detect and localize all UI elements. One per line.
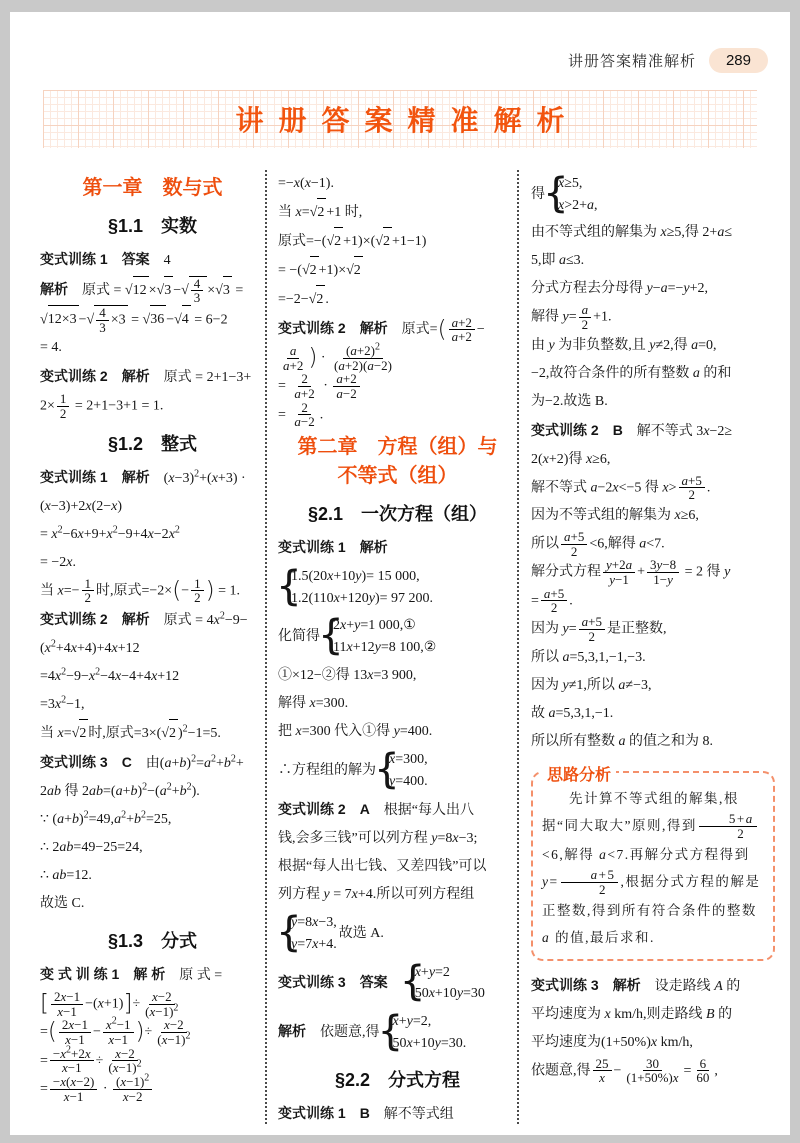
- page-title: 讲册答案精准解析: [220, 99, 579, 139]
- text-line: =−x(x−2)x−1 · (x−1)2x−2: [40, 1075, 265, 1103]
- text-line: =−x2+2xx−1÷x−2(x−1)2: [40, 1047, 265, 1075]
- text-line: 化简得2x+y=1 000,①11x+12y=8 100,②: [278, 612, 517, 661]
- text-line: ∴ 2ab=49−25=24,: [40, 834, 265, 862]
- text-line: 故 a=5,3,1,−1.: [531, 700, 777, 728]
- section-heading: §1.2 整式: [40, 430, 265, 456]
- page-number-badge: 289: [709, 48, 768, 73]
- text-line: 故选 C.: [40, 890, 265, 918]
- text-line: 变式训练 2 解析 原式 = 4x2−9−: [40, 605, 265, 635]
- text-line: 变式训练 1 B 解不等式组: [278, 1099, 517, 1124]
- text-line: = x2−6x+9+x2−9+4x−2x2: [40, 521, 265, 549]
- analysis-box: 思路分析先计算不等式组的解集,根据“同大取大”原则,得到5+a2<6,解得 a<…: [531, 771, 775, 961]
- text-line: 所以所有整数 a 的值之和为 8.: [531, 728, 777, 756]
- text-line: 2×12 = 2+1−3+1 = 1.: [40, 392, 265, 420]
- text-line: 变式训练 3 C 由(a+b)2=a2+b2+: [40, 748, 265, 778]
- text-line: 列方程 y = 7x+4.所以可列方程组: [278, 881, 517, 909]
- text-line: aa+2) · (a+2)2(a+2)(a−2): [278, 344, 517, 372]
- text-line: 因为 y=a+52是正整数,: [531, 615, 777, 643]
- text-line: y=8x−3,y=7x+4.故选 A.: [278, 909, 517, 958]
- text-line: 因为不等式组的解集为 x≥6,: [531, 502, 777, 530]
- text-line: 所以a+52<6,解得 a<7.: [531, 530, 777, 558]
- text-line: −2,故符合条件的所有整数 a 的和: [531, 360, 777, 388]
- text-line: 依题意,得25x−30(1+50%)x=660,: [531, 1057, 777, 1085]
- text-line: 变式训练 2 解析 原式=(a+2a+2−: [278, 314, 517, 344]
- text-line: =a+52.: [531, 587, 777, 615]
- text-line: 分式方程去分母得 y−a=−y+2,: [531, 275, 777, 303]
- text-line: =−x(x−1).: [278, 170, 517, 198]
- text-line: 5,即 a≤3.: [531, 247, 777, 275]
- text-line: =−2−√2.: [278, 285, 517, 314]
- running-header: 讲册答案精准解析 289: [568, 48, 768, 73]
- text-line: 解析 依题意,得x+y=2,50x+10y=30.: [278, 1008, 517, 1057]
- content-columns: 第一章 数与式§1.1 实数变式训练 1 答案 4解析 原式 = √12×√3−…: [40, 170, 777, 1124]
- text-line: 解得 x=300.: [278, 690, 517, 718]
- text-line: 由 y 为非负整数,且 y≠2,得 a=0,: [531, 332, 777, 360]
- text-line: 变式训练 1 答案 4: [40, 245, 265, 275]
- text-line: ①×12−②得 13x=3 900,: [278, 662, 517, 690]
- text-line: 钱,会多三钱”可以列方程 y=8x−3;: [278, 825, 517, 853]
- text-line: =(2x−1x−1−x2−1x−1)÷x−2(x−1)2: [40, 1018, 265, 1046]
- section-heading: §1.1 实数: [40, 212, 265, 238]
- text-line: = 2a−2.: [278, 401, 517, 429]
- text-line: 得x≥5,x>2+a,: [531, 170, 777, 219]
- text-line: 2(x+2)得 x≥6,: [531, 446, 777, 474]
- text-line: 解析 原式 = √12×√3−√43×√3 =: [40, 275, 265, 305]
- text-line: 为−2.故选 B.: [531, 388, 777, 416]
- text-line: 变式训练 1 解析: [278, 533, 517, 563]
- text-line: 平均速度为(1+50%)x km/h,: [531, 1029, 777, 1057]
- text-line: 因为 y≠1,所以 a≠−3,: [531, 672, 777, 700]
- text-line: 当 x=−12时,原式=−2×(−12) = 1.: [40, 577, 265, 605]
- running-header-title: 讲册答案精准解析: [568, 50, 696, 71]
- text-line: 当 x=√2+1 时,: [278, 198, 517, 227]
- section-heading: §2.1 一次方程（组）: [278, 500, 517, 526]
- text-line: 平均速度为 x km/h,则走路线 B 的: [531, 1001, 777, 1029]
- text-line: 变式训练 2 B 解不等式 3x−2≥: [531, 416, 777, 446]
- section-heading: §1.3 分式: [40, 927, 265, 953]
- content-column: 得x≥5,x>2+a,由不等式组的解集为 x≥5,得 2+a≤5,即 a≤3.分…: [517, 170, 777, 1124]
- text-line: ∴ ab=12.: [40, 862, 265, 890]
- section-heading: §2.2 分式方程: [278, 1066, 517, 1092]
- text-line: 1.5(20x+10y)= 15 000,1.2(110x+120y)= 97 …: [278, 563, 517, 612]
- text-line: 变 式 训 练 1 解 析 原 式 =: [40, 960, 265, 990]
- title-banner: 讲册答案精准解析: [43, 90, 757, 148]
- text-line: 解分式方程y+2ay−1+3y−81−y = 2 得 y: [531, 558, 777, 586]
- text-line: = −2x.: [40, 549, 265, 577]
- text-line: ∵ (a+b)2=49,a2+b2=25,: [40, 806, 265, 834]
- text-line: = 4.: [40, 334, 265, 362]
- text-line: 根据“每人出七钱、又差四钱”可以: [278, 853, 517, 881]
- chapter-heading: 第二章 方程（组）与不等式（组）: [278, 433, 517, 491]
- text-line: 解不等式 a−2x<−5 得 x>a+52.: [531, 474, 777, 502]
- text-line: (x−3)+2x(2−x): [40, 493, 265, 521]
- text-line: = 2a+2 · a+2a−2: [278, 372, 517, 400]
- text-line: 当 x=√2时,原式=3×(√2)2−1=5.: [40, 719, 265, 748]
- text-line: √12×3−√43×3 = √36−√4 = 6−2: [40, 305, 265, 334]
- text-line: 变式训练 3 解析 设走路线 A 的: [531, 971, 777, 1001]
- text-line: ∴方程组的解为x=300,y=400.: [278, 746, 517, 795]
- text-line: 变式训练 1 解析 (x−3)2+(x+3) ·: [40, 463, 265, 493]
- chapter-heading: 第一章 数与式: [40, 174, 265, 203]
- book-page: 讲册答案精准解析 289 讲册答案精准解析 第一章 数与式§1.1 实数变式训练…: [10, 12, 790, 1135]
- text-line: [2x−1x−1−(x+1)]÷x−2(x−1)2: [40, 990, 265, 1018]
- text-line: 解得 y=a2+1.: [531, 303, 777, 331]
- content-column: 第一章 数与式§1.1 实数变式训练 1 答案 4解析 原式 = √12×√3−…: [40, 170, 265, 1124]
- content-column: =−x(x−1).当 x=√2+1 时,原式=−(√2+1)×(√2+1−1)=…: [265, 170, 517, 1124]
- text-line: 2ab 得 2ab=(a+b)2−(a2+b2).: [40, 778, 265, 806]
- screenshot-root: { "header": { "title": "讲册答案精准解析", "page…: [0, 0, 800, 1143]
- text-line: =4x2−9−x2−4x−4+4x+12: [40, 663, 265, 691]
- text-line: 所以 a=5,3,1,−1,−3.: [531, 644, 777, 672]
- text-line: 原式=−(√2+1)×(√2+1−1): [278, 227, 517, 256]
- text-line: (x2+4x+4)+4x+12: [40, 635, 265, 663]
- text-line: = −(√2+1)×√2: [278, 256, 517, 285]
- analysis-box-text: 先计算不等式组的解集,根据“同大取大”原则,得到5+a2<6,解得 a<7.再解…: [542, 785, 764, 951]
- text-line: 变式训练 2 解析 原式 = 2+1−3+: [40, 362, 265, 392]
- text-line: =3x2−1,: [40, 691, 265, 719]
- analysis-box-title: 思路分析: [542, 762, 616, 785]
